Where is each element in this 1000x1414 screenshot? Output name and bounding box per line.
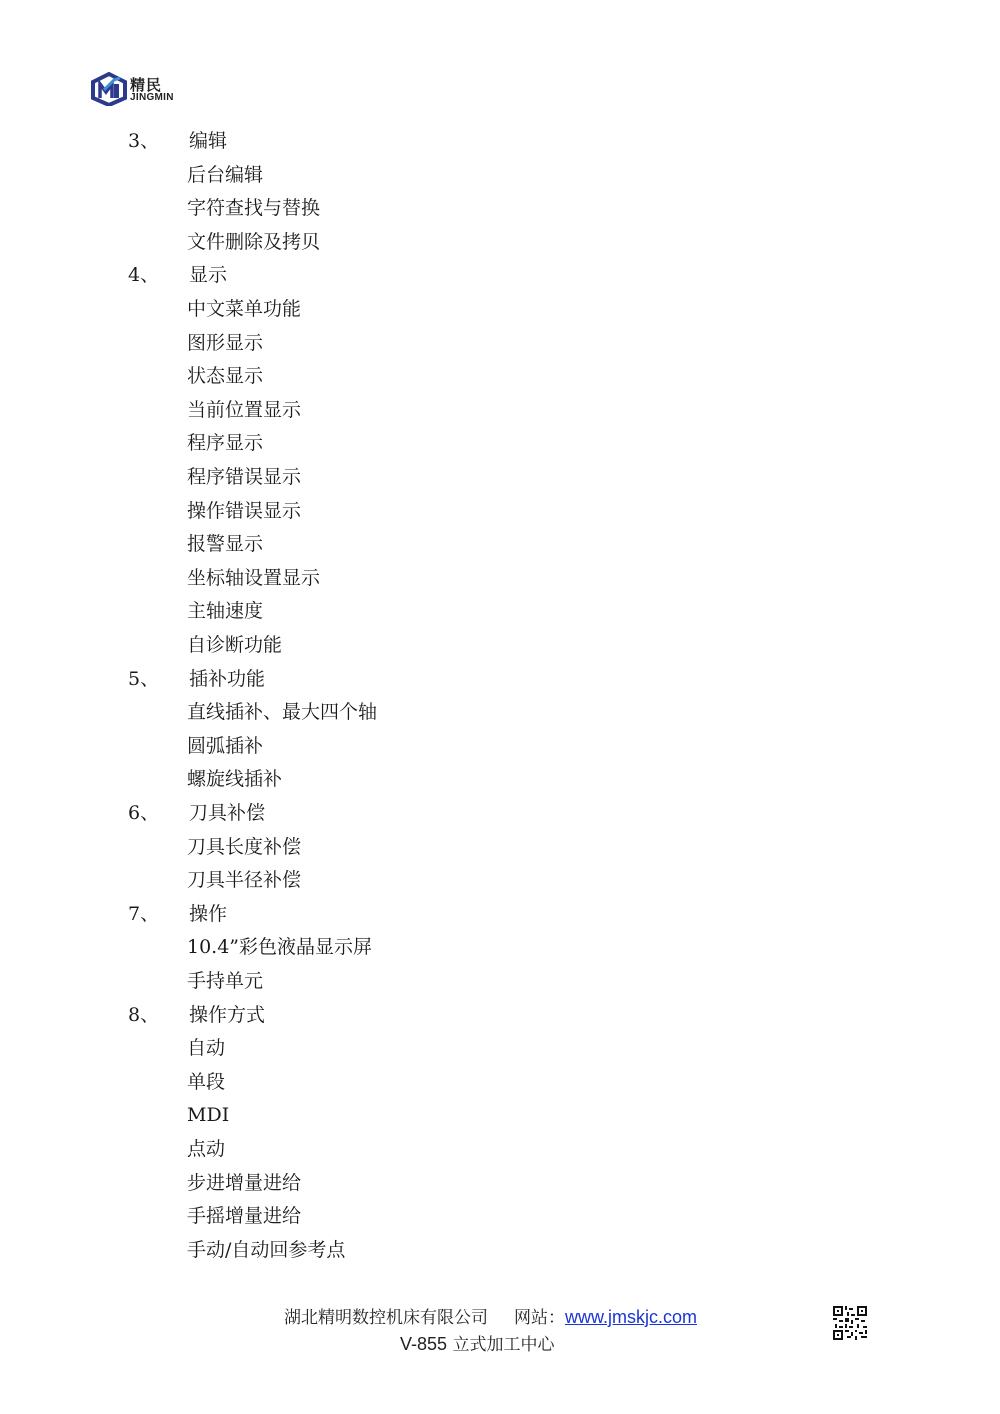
footer-product-line: V-855 立式加工中心 — [400, 1330, 554, 1355]
section-title: 编辑 — [189, 125, 227, 157]
list-item: 主轴速度 — [187, 595, 263, 627]
list-item: 字符查找与替换 — [187, 192, 320, 224]
list-item: 圆弧插补 — [187, 730, 263, 762]
section-number: 8、 — [128, 999, 159, 1031]
qr-code-icon — [833, 1306, 867, 1340]
list-item: 程序错误显示 — [187, 461, 301, 493]
list-item: 自诊断功能 — [187, 629, 282, 661]
footer-company-line: 湖北精明数控机床有限公司网站：www.jmskjc.com — [284, 1303, 697, 1328]
model-number: V-855 — [400, 1334, 447, 1354]
list-item: MDI — [187, 1099, 229, 1131]
section-number: 3、 — [128, 125, 159, 157]
company-name: 湖北精明数控机床有限公司 — [284, 1308, 488, 1328]
list-item: 单段 — [187, 1066, 225, 1098]
list-item: 手摇增量进给 — [187, 1200, 301, 1232]
list-item: 刀具长度补偿 — [187, 831, 301, 863]
list-item: 操作错误显示 — [187, 495, 301, 527]
website-label: 网站： — [514, 1308, 565, 1328]
company-logo: 精民 JINGMIN — [90, 72, 200, 108]
logo-text-en: JINGMIN — [130, 92, 174, 103]
list-item: 中文菜单功能 — [187, 293, 301, 325]
jingmin-logo-icon — [90, 72, 128, 106]
list-item: 当前位置显示 — [187, 394, 301, 426]
list-item: 后台编辑 — [187, 159, 263, 191]
section-title: 刀具补偿 — [189, 797, 265, 829]
list-item: 报警显示 — [187, 528, 263, 560]
section-number: 7、 — [128, 898, 159, 930]
section-title: 操作 — [189, 898, 227, 930]
list-item: 坐标轴设置显示 — [187, 562, 320, 594]
list-item: 状态显示 — [187, 360, 263, 392]
section-number: 4、 — [128, 259, 159, 291]
list-item: 手动/自动回参考点 — [187, 1234, 345, 1266]
list-item: 文件删除及拷贝 — [187, 226, 320, 258]
list-item: 螺旋线插补 — [187, 763, 282, 795]
list-item: 步进增量进给 — [187, 1167, 301, 1199]
website-link[interactable]: www.jmskjc.com — [565, 1307, 697, 1327]
list-item: 10.4”彩色液晶显示屏 — [187, 931, 372, 963]
section-title: 显示 — [189, 259, 227, 291]
list-item: 直线插补、最大四个轴 — [187, 696, 377, 728]
list-item: 手持单元 — [187, 965, 263, 997]
list-item: 自动 — [187, 1032, 225, 1064]
section-number: 5、 — [128, 663, 159, 695]
section-title: 插补功能 — [189, 663, 265, 695]
list-item: 点动 — [187, 1133, 225, 1165]
section-title: 操作方式 — [189, 999, 265, 1031]
section-number: 6、 — [128, 797, 159, 829]
product-name: 立式加工中心 — [452, 1335, 554, 1355]
list-item: 程序显示 — [187, 427, 263, 459]
list-item: 图形显示 — [187, 327, 263, 359]
list-item: 刀具半径补偿 — [187, 864, 301, 896]
